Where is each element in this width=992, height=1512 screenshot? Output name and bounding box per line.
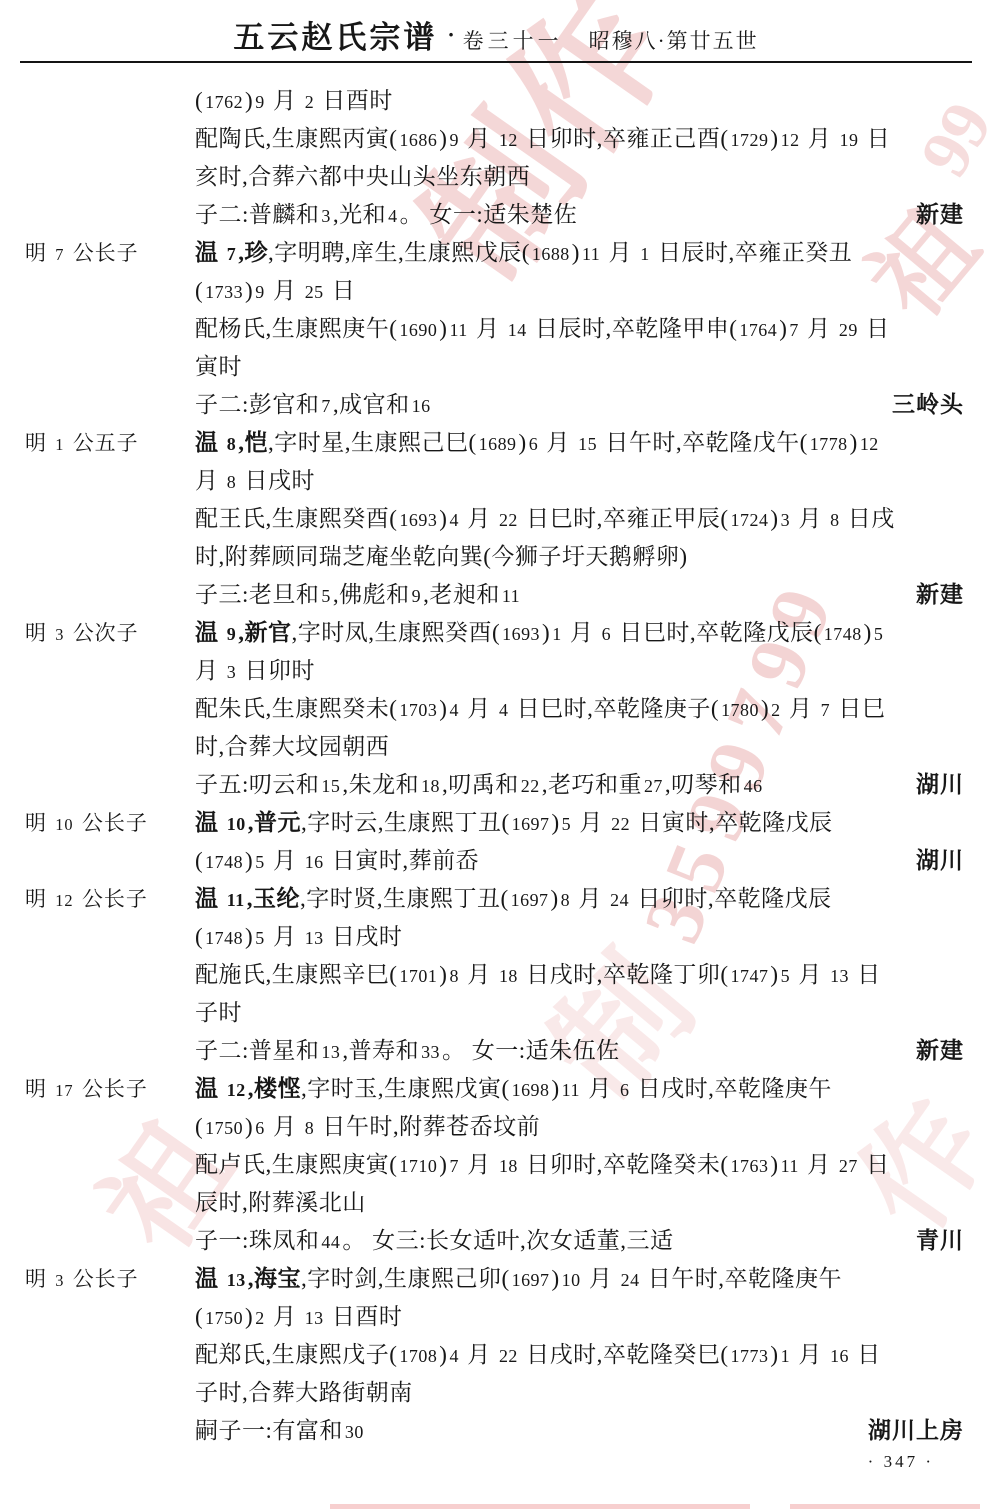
genealogy-line: 配陶氏,生康熙丙寅(1686)9 月 12 日卯时,卒雍正己酉(1729)12 …	[25, 120, 964, 158]
page-header: 五云赵氏宗谱·卷三十一昭穆八·第廿五世	[0, 12, 992, 57]
line-body: 时,附葬顾同瑞芝庵坐乾向巽(今狮子圩天鹅孵卵)	[195, 544, 688, 569]
genealogy-line: (1748)5 月 16 日寅时,葬前岙 湖川	[25, 842, 964, 880]
line-text: (1748)5 月 13 日戌时	[195, 918, 964, 956]
genealogy-line: 明 10 公长子 温 10,普元,字时云,生康熙丁丑(1697)5 月 22 日…	[25, 804, 964, 842]
margin-label	[25, 82, 195, 120]
line-text: 时,合葬大坟园朝西	[195, 728, 964, 766]
margin-label	[25, 1298, 195, 1336]
genealogy-line: 月 8 日戌时	[25, 462, 964, 500]
margin-label: 明 12 公长子	[25, 880, 195, 918]
genealogy-line: 时,附葬顾同瑞芝庵坐乾向巽(今狮子圩天鹅孵卵)	[25, 538, 964, 576]
branch-place: 湖川	[916, 842, 964, 880]
section-title: 昭穆八·第廿五世	[589, 29, 759, 53]
branch-place: 青川	[916, 1222, 964, 1260]
margin-label: 明 10 公长子	[25, 804, 195, 842]
genealogy-line: 明 1 公五子 温 8,恺,字时星,生康熙己巳(1689)6 月 15 日午时,…	[25, 424, 964, 462]
genealogy-line: 配朱氏,生康熙癸未(1703)4 月 4 日巳时,卒乾隆庚子(1780)2 月 …	[25, 690, 964, 728]
line-text: (1748)5 月 16 日寅时,葬前岙	[195, 842, 916, 880]
margin-label	[25, 386, 195, 424]
genealogy-line: 子一:珠凤和44。 女三:长女适叶,次女适董,三适 青川	[25, 1222, 964, 1260]
margin-label	[25, 310, 195, 348]
line-body: 子时,合葬大路街朝南	[195, 1380, 413, 1405]
line-text: 温 7,珍,字明聘,庠生,生康熙戊辰(1688)11 月 1 日辰时,卒雍正癸丑	[195, 234, 964, 272]
margin-label	[25, 1412, 195, 1450]
margin-label: 明 17 公长子	[25, 1070, 195, 1108]
genealogy-text-block: (1762)9 月 2 日酉时 配陶氏,生康熙丙寅(1686)9 月 12 日卯…	[25, 82, 964, 1450]
line-body: 子一:珠凤和44。 女三:长女适叶,次女适董,三适	[195, 1228, 673, 1253]
genealogy-line: 明 17 公长子 温 12,楼悭,字时玉,生康熙戊寅(1698)11 月 6 日…	[25, 1070, 964, 1108]
genealogy-line: (1733)9 月 25 日	[25, 272, 964, 310]
line-body: ,字时星,生康熙己巳(1689)6 月 15 日午时,卒乾隆戊午(1778)12	[268, 430, 881, 455]
line-body: 月 8 日戌时	[195, 468, 315, 493]
margin-label	[25, 1108, 195, 1146]
genealogy-line: 嗣子一:有富和30 湖川上房	[25, 1412, 964, 1450]
genealogy-line: (1762)9 月 2 日酉时	[25, 82, 964, 120]
line-text: 配卢氏,生康熙庚寅(1710)7 月 18 日卯时,卒乾隆癸未(1763)11 …	[195, 1146, 964, 1184]
person-name: 温 12,楼悭	[195, 1076, 301, 1101]
margin-label	[25, 538, 195, 576]
genealogy-line: 配施氏,生康熙辛巳(1701)8 月 18 日戌时,卒乾隆丁卯(1747)5 月…	[25, 956, 964, 994]
margin-label: 明 1 公五子	[25, 424, 195, 462]
line-body: 月 3 日卯时	[195, 658, 315, 683]
line-body: 子二:彭官和7,成官和16	[195, 392, 433, 417]
line-body: 配卢氏,生康熙庚寅(1710)7 月 18 日卯时,卒乾隆癸未(1763)11 …	[195, 1152, 890, 1177]
person-name: 温 9,新官	[195, 620, 291, 645]
margin-label: 明 7 公长子	[25, 234, 195, 272]
margin-label	[25, 120, 195, 158]
margin-label	[25, 1222, 195, 1260]
line-body: 配杨氏,生康熙庚午(1690)11 月 14 日辰时,卒乾隆甲申(1764)7 …	[195, 316, 890, 341]
margin-label	[25, 728, 195, 766]
line-body: (1762)9 月 2 日酉时	[195, 88, 393, 113]
line-text: 子二:彭官和7,成官和16	[195, 386, 892, 424]
margin-label	[25, 1374, 195, 1412]
line-body: 寅时	[195, 354, 242, 379]
margin-label	[25, 500, 195, 538]
line-text: 嗣子一:有富和30	[195, 1412, 868, 1450]
person-name: 温 13,海宝	[195, 1266, 301, 1291]
margin-label	[25, 158, 195, 196]
line-body: ,字时贤,生康熙丁丑(1697)8 月 24 日卯时,卒乾隆戊辰	[300, 886, 832, 911]
line-body: 子二:普麟和3,光和4。 女一:适朱楚佐	[195, 202, 577, 227]
line-text: 时,附葬顾同瑞芝庵坐乾向巽(今狮子圩天鹅孵卵)	[195, 538, 964, 576]
genealogy-line: 子三:老旦和5,佛彪和9,老昶和11 新建	[25, 576, 964, 614]
line-text: 温 11,玉纶,字时贤,生康熙丁丑(1697)8 月 24 日卯时,卒乾隆戊辰	[195, 880, 964, 918]
title-separator-dot: ·	[447, 22, 454, 47]
line-text: 子三:老旦和5,佛彪和9,老昶和11	[195, 576, 916, 614]
margin-label	[25, 196, 195, 234]
page-number: · 347 ·	[868, 1452, 934, 1472]
margin-label	[25, 690, 195, 728]
line-body: (1748)5 月 16 日寅时,葬前岙	[195, 848, 479, 873]
person-name: 温 7,珍	[195, 240, 268, 265]
line-body: ,字时云,生康熙丁丑(1697)5 月 22 日寅时,卒乾隆戊辰	[301, 810, 833, 835]
branch-place: 新建	[916, 196, 964, 234]
line-text: 子时,合葬大路街朝南	[195, 1374, 964, 1412]
branch-place: 三岭头	[892, 386, 964, 424]
line-body: 辰时,附葬溪北山	[195, 1190, 366, 1215]
genealogy-line: (1748)5 月 13 日戌时	[25, 918, 964, 956]
line-body: 嗣子一:有富和30	[195, 1418, 366, 1443]
header-rule	[20, 61, 972, 63]
line-text: 寅时	[195, 348, 964, 386]
margin-label	[25, 576, 195, 614]
genealogy-line: 配王氏,生康熙癸酉(1693)4 月 22 日巳时,卒雍正甲辰(1724)3 月…	[25, 500, 964, 538]
margin-label	[25, 956, 195, 994]
line-body: ,字明聘,庠生,生康熙戊辰(1688)11 月 1 日辰时,卒雍正癸丑	[268, 240, 852, 265]
line-body: 亥时,合葬六都中央山头坐东朝西	[195, 164, 530, 189]
genealogy-line: (1750)2 月 13 日酉时	[25, 1298, 964, 1336]
branch-place: 湖川上房	[868, 1412, 964, 1450]
genealogy-line: 寅时	[25, 348, 964, 386]
line-text: 月 3 日卯时	[195, 652, 964, 690]
line-body: (1750)6 月 8 日午时,附葬苍岙坟前	[195, 1114, 540, 1139]
margin-label	[25, 462, 195, 500]
line-body: 配施氏,生康熙辛巳(1701)8 月 18 日戌时,卒乾隆丁卯(1747)5 月…	[195, 962, 881, 987]
line-text: 温 13,海宝,字时剑,生康熙己卯(1697)10 月 24 日午时,卒乾隆庚午	[195, 1260, 964, 1298]
line-text: 配朱氏,生康熙癸未(1703)4 月 4 日巳时,卒乾隆庚子(1780)2 月 …	[195, 690, 964, 728]
person-name: 温 8,恺	[195, 430, 268, 455]
line-text: 月 8 日戌时	[195, 462, 964, 500]
genealogy-line: 时,合葬大坟园朝西	[25, 728, 964, 766]
line-text: 配王氏,生康熙癸酉(1693)4 月 22 日巳时,卒雍正甲辰(1724)3 月…	[195, 500, 964, 538]
line-body: 配朱氏,生康熙癸未(1703)4 月 4 日巳时,卒乾隆庚子(1780)2 月 …	[195, 696, 885, 721]
line-text: 辰时,附葬溪北山	[195, 1184, 964, 1222]
genealogy-line: 明 12 公长子 温 11,玉纶,字时贤,生康熙丁丑(1697)8 月 24 日…	[25, 880, 964, 918]
margin-label	[25, 1184, 195, 1222]
line-text: 子二:普麟和3,光和4。 女一:适朱楚佐	[195, 196, 916, 234]
margin-label	[25, 918, 195, 956]
branch-place: 新建	[916, 576, 964, 614]
genealogy-page: 制作 祖 3599799 祖 制 作 99 五云赵氏宗谱·卷三十一昭穆八·第廿五…	[0, 0, 992, 1512]
line-body: 配郑氏,生康熙戊子(1708)4 月 22 日戌时,卒乾隆癸巳(1773)1 月…	[195, 1342, 881, 1367]
line-text: 子五:叨云和15,朱龙和18,叨禹和22,老巧和重27,叨琴和46	[195, 766, 916, 804]
line-body: 配王氏,生康熙癸酉(1693)4 月 22 日巳时,卒雍正甲辰(1724)3 月…	[195, 506, 895, 531]
margin-label	[25, 994, 195, 1032]
volume-title: 卷三十一	[463, 29, 563, 53]
margin-label	[25, 842, 195, 880]
genealogy-line: 子时,合葬大路街朝南	[25, 1374, 964, 1412]
margin-label	[25, 348, 195, 386]
line-body: ,字时凤,生康熙癸酉(1693)1 月 6 日巳时,卒乾隆戊辰(1748)5	[291, 620, 885, 645]
branch-place: 湖川	[916, 766, 964, 804]
margin-label: 明 3 公长子	[25, 1260, 195, 1298]
margin-label: 明 3 公次子	[25, 614, 195, 652]
line-text: 配郑氏,生康熙戊子(1708)4 月 22 日戌时,卒乾隆癸巳(1773)1 月…	[195, 1336, 964, 1374]
line-text: 配施氏,生康熙辛巳(1701)8 月 18 日戌时,卒乾隆丁卯(1747)5 月…	[195, 956, 964, 994]
line-text: 温 10,普元,字时云,生康熙丁丑(1697)5 月 22 日寅时,卒乾隆戊辰	[195, 804, 964, 842]
line-body: 子三:老旦和5,佛彪和9,老昶和11	[195, 582, 522, 607]
line-text: (1750)2 月 13 日酉时	[195, 1298, 964, 1336]
person-name: 温 11,玉纶	[195, 886, 300, 911]
line-text: (1750)6 月 8 日午时,附葬苍岙坟前	[195, 1108, 964, 1146]
margin-label	[25, 272, 195, 310]
genealogy-line: 子五:叨云和15,朱龙和18,叨禹和22,老巧和重27,叨琴和46 湖川	[25, 766, 964, 804]
genealogy-line: 明 3 公次子 温 9,新官,字时凤,生康熙癸酉(1693)1 月 6 日巳时,…	[25, 614, 964, 652]
line-body: (1733)9 月 25 日	[195, 278, 355, 303]
genealogy-line: 子二:普麟和3,光和4。 女一:适朱楚佐 新建	[25, 196, 964, 234]
line-text: 温 12,楼悭,字时玉,生康熙戊寅(1698)11 月 6 日戌时,卒乾隆庚午	[195, 1070, 964, 1108]
line-text: 温 9,新官,字时凤,生康熙癸酉(1693)1 月 6 日巳时,卒乾隆戊辰(17…	[195, 614, 964, 652]
book-title: 五云赵氏宗谱	[233, 20, 437, 55]
line-body: ,字时剑,生康熙己卯(1697)10 月 24 日午时,卒乾隆庚午	[301, 1266, 842, 1291]
scan-edge-artifact	[790, 1504, 980, 1509]
genealogy-line: 配杨氏,生康熙庚午(1690)11 月 14 日辰时,卒乾隆甲申(1764)7 …	[25, 310, 964, 348]
margin-label	[25, 1146, 195, 1184]
genealogy-line: 辰时,附葬溪北山	[25, 1184, 964, 1222]
line-text: 配陶氏,生康熙丙寅(1686)9 月 12 日卯时,卒雍正己酉(1729)12 …	[195, 120, 964, 158]
margin-label	[25, 766, 195, 804]
line-text: 配杨氏,生康熙庚午(1690)11 月 14 日辰时,卒乾隆甲申(1764)7 …	[195, 310, 964, 348]
line-body: 子二:普星和13,普寿和33。 女一:适朱伍佐	[195, 1038, 620, 1063]
line-body: ,字时玉,生康熙戊寅(1698)11 月 6 日戌时,卒乾隆庚午	[301, 1076, 832, 1101]
genealogy-line: 月 3 日卯时	[25, 652, 964, 690]
genealogy-line: 明 7 公长子 温 7,珍,字明聘,庠生,生康熙戊辰(1688)11 月 1 日…	[25, 234, 964, 272]
margin-label	[25, 1032, 195, 1070]
genealogy-line: (1750)6 月 8 日午时,附葬苍岙坟前	[25, 1108, 964, 1146]
genealogy-line: 亥时,合葬六都中央山头坐东朝西	[25, 158, 964, 196]
branch-place: 新建	[916, 1032, 964, 1070]
scan-edge-artifact	[330, 1504, 750, 1509]
line-text: (1733)9 月 25 日	[195, 272, 964, 310]
genealogy-line: 子二:普星和13,普寿和33。 女一:适朱伍佐 新建	[25, 1032, 964, 1070]
line-text: 子二:普星和13,普寿和33。 女一:适朱伍佐	[195, 1032, 916, 1070]
genealogy-line: 配郑氏,生康熙戊子(1708)4 月 22 日戌时,卒乾隆癸巳(1773)1 月…	[25, 1336, 964, 1374]
genealogy-line: 子二:彭官和7,成官和16 三岭头	[25, 386, 964, 424]
margin-label	[25, 1336, 195, 1374]
genealogy-line: 子时	[25, 994, 964, 1032]
genealogy-line: 明 3 公长子 温 13,海宝,字时剑,生康熙己卯(1697)10 月 24 日…	[25, 1260, 964, 1298]
line-body: (1750)2 月 13 日酉时	[195, 1304, 402, 1329]
line-text: (1762)9 月 2 日酉时	[195, 82, 964, 120]
line-body: 时,合葬大坟园朝西	[195, 734, 389, 759]
line-text: 温 8,恺,字时星,生康熙己巳(1689)6 月 15 日午时,卒乾隆戊午(17…	[195, 424, 964, 462]
genealogy-line: 配卢氏,生康熙庚寅(1710)7 月 18 日卯时,卒乾隆癸未(1763)11 …	[25, 1146, 964, 1184]
line-text: 子一:珠凤和44。 女三:长女适叶,次女适董,三适	[195, 1222, 916, 1260]
line-body: 子五:叨云和15,朱龙和18,叨禹和22,老巧和重27,叨琴和46	[195, 772, 765, 797]
line-body: 子时	[195, 1000, 242, 1025]
person-name: 温 10,普元	[195, 810, 301, 835]
margin-label	[25, 652, 195, 690]
line-body: 配陶氏,生康熙丙寅(1686)9 月 12 日卯时,卒雍正己酉(1729)12 …	[195, 126, 890, 151]
line-text: 子时	[195, 994, 964, 1032]
line-body: (1748)5 月 13 日戌时	[195, 924, 402, 949]
line-text: 亥时,合葬六都中央山头坐东朝西	[195, 158, 964, 196]
